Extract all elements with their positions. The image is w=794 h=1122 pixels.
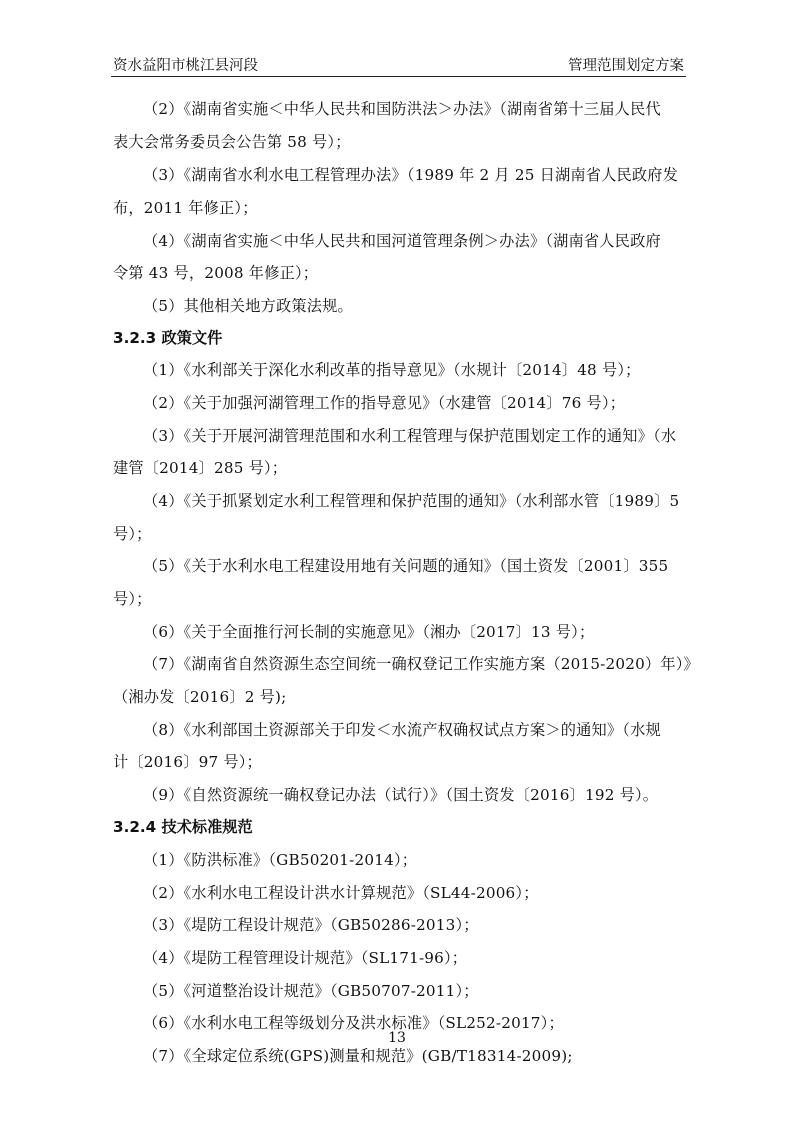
paragraph-line: （3）《湖南省水利水电工程管理办法》（1989 年 2 月 25 日湖南省人民政… [143, 164, 678, 185]
list-item-line: （6）《关于全面推行河长制的实施意见》（湘办〔2017〕13 号）； [143, 621, 594, 642]
list-item-line: 号）； [113, 523, 152, 544]
paragraph-line: 令第 43 号，2008 年修正）； [113, 262, 318, 283]
list-item-line: 号）； [113, 588, 152, 609]
paragraph-line: （5）其他相关地方政策法规。 [143, 295, 353, 316]
section-heading: 3.2.3 政策文件 [113, 327, 222, 348]
list-item-line: （4）《关于抓紧划定水利工程管理和保护范围的通知》（水利部水管〔1989〕5 [143, 490, 679, 511]
list-item-line: （3）《堤防工程设计规范》（GB50286-2013）； [143, 914, 479, 935]
list-item-line: （8）《水利部国土资源部关于印发＜水流产权确权试点方案＞的通知》（水规 [143, 719, 661, 740]
list-item-line: （2）《关于加强河湖管理工作的指导意见》（水建管〔2014〕76 号）； [143, 392, 625, 413]
list-item-line: （湘办发〔2016〕2 号); [113, 686, 287, 707]
header-divider [111, 76, 686, 77]
section-heading: 3.2.4 技术标准规范 [113, 816, 253, 837]
header-document-title: 资水益阳市桃江县河段 [113, 54, 258, 75]
paragraph-line: 布，2011 年修正）； [113, 197, 258, 218]
list-item-line: （1）《水利部关于深化水利改革的指导意见》（水规计〔2014〕48 号）； [143, 359, 641, 380]
list-item-line: （4）《堤防工程管理设计规范》（SL171-96）； [143, 947, 467, 968]
list-item-line: （5）《关于水利水电工程建设用地有关问题的通知》（国土资发〔2001〕355 [143, 555, 668, 576]
list-item-line: （2）《水利水电工程设计洪水计算规范》（SL44-2006）； [143, 882, 539, 903]
paragraph-line: （4）《湖南省实施＜中华人民共和国河道管理条例＞办法》（湖南省人民政府 [143, 230, 661, 251]
paragraph-line: 表大会常务委员会公告第 58 号）； [113, 131, 351, 152]
list-item-line: （3）《关于开展河湖管理范围和水利工程管理与保护范围划定工作的通知》（水 [143, 425, 676, 446]
header-section-title: 管理范围划定方案 [568, 54, 684, 75]
page-number: 13 [0, 1030, 794, 1046]
list-item-line: （1）《防洪标准》（GB50201-2014）； [143, 849, 417, 870]
list-item-line: （7）《湖南省自然资源生态空间统一确权登记工作实施方案（2015-2020）年）… [143, 653, 699, 674]
list-item-line: 建管〔2014〕285 号）； [113, 457, 287, 478]
list-item-line: （9）《自然资源统一确权登记办法（试行）》（国土资发〔2016〕192 号）。 [143, 784, 658, 805]
list-item-line: （5）《河道整治设计规范》（GB50707-2011）； [143, 980, 479, 1001]
paragraph-line: （2）《湖南省实施＜中华人民共和国防洪法＞办法》（湖南省第十三届人民代 [143, 98, 661, 119]
list-item-line: （7）《全球定位系统(GPS)测量和规范》(GB/T18314-2009); [143, 1045, 573, 1066]
list-item-line: 计〔2016〕97 号）； [113, 751, 262, 772]
